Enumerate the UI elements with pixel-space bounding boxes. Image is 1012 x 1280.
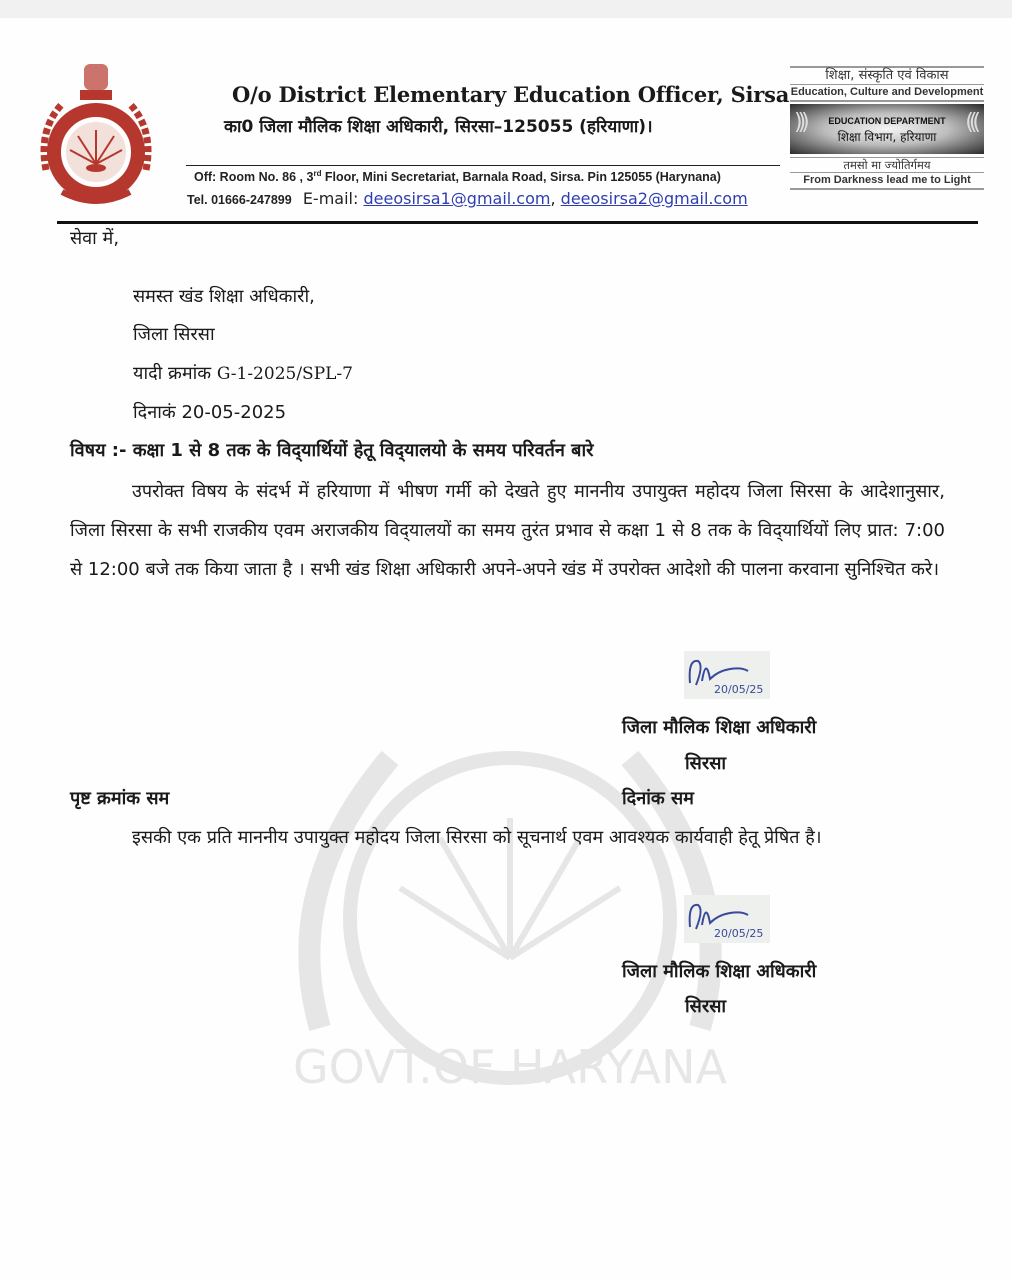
address-prefix: Off: Room No. 86 , 3 (194, 170, 313, 184)
telephone: Tel. 01666-247899 (187, 193, 292, 207)
svg-text:20/05/25: 20/05/25 (714, 683, 763, 696)
email-separator: , (550, 189, 555, 208)
email-link-1[interactable]: deeosirsa1@gmail.com (363, 189, 550, 208)
top-band (0, 0, 1012, 18)
office-address: Off: Room No. 86 , 3rd Floor, Mini Secre… (194, 169, 721, 184)
endorsement-date: दिनांक सम (622, 786, 694, 810)
office-title-en: O/o District Elementary Education Office… (232, 82, 789, 107)
logo-dept-hi: शिक्षा विभाग, हरियाणा (790, 128, 984, 145)
education-department-logo: शिक्षा, संस्कृति एवं विकास Education, Cu… (790, 66, 984, 190)
wing-right-icon: ((( (965, 110, 976, 135)
svg-text:20/05/25: 20/05/25 (714, 927, 763, 940)
logo-box: ))) EDUCATION DEPARTMENT शिक्षा विभाग, ह… (790, 104, 984, 154)
signatory-place-2: सिरसा (685, 994, 726, 1018)
logo-motto-en: Education, Culture and Development (790, 85, 984, 102)
svg-text:GOVT.OF HARYANA: GOVT.OF HARYANA (293, 1040, 728, 1094)
memo-number: यादी क्रमांक G-1-2025/SPL-7 (133, 361, 353, 385)
recipient-line-1: समस्त खंड शिक्षा अधिकारी, (133, 284, 315, 308)
date-label: दिनाकं (133, 402, 176, 423)
letterhead-divider (57, 221, 978, 224)
letter-page: GOVT.OF HARYANA O/o District Elementary … (0, 18, 1012, 1280)
header-divider (186, 165, 780, 166)
endorsement-number: पृष्ट क्रमांक सम (70, 786, 169, 810)
copy-text: इसकी एक प्रति माननीय उपायुक्त महोदय जिला… (132, 827, 822, 848)
logo-tagline-hi: तमसो मा ज्योतिर्गमय (790, 157, 984, 173)
letter-date: दिनाकं 20-05-2025 (133, 400, 286, 424)
signatory-title-2: जिला मौलिक शिक्षा अधिकारी (622, 959, 816, 983)
body-paragraph: उपरोक्त विषय के संदर्भ में हरियाणा में भ… (70, 472, 945, 589)
copy-paragraph: इसकी एक प्रति माननीय उपायुक्त महोदय जिला… (70, 818, 945, 857)
recipient-line-2: जिला सिरसा (133, 322, 215, 346)
date-value: 20-05-2025 (181, 402, 286, 423)
address-rest: Floor, Mini Secretariat, Barnala Road, S… (321, 170, 720, 184)
logo-motto-hi: शिक्षा, संस्कृति एवं विकास (790, 66, 984, 85)
signatory-place-1: सिरसा (685, 751, 726, 775)
signature-2: 20/05/25 (684, 895, 770, 943)
email-link-2[interactable]: deeosirsa2@gmail.com (561, 189, 748, 208)
contact-line: Tel. 01666-247899 E-mail: deeosirsa1@gma… (187, 189, 748, 208)
body-text: उपरोक्त विषय के संदर्भ में हरियाणा में भ… (70, 481, 945, 580)
subject-line: विषय :- कक्षा 1 से 8 तक के विद्‍यार्थियो… (70, 438, 593, 462)
logo-tagline-en: From Darkness lead me to Light (790, 173, 984, 190)
logo-dept-en: EDUCATION DEPARTMENT (790, 116, 984, 126)
signature-1: 20/05/25 (684, 651, 770, 699)
email-label: E-mail: (303, 189, 359, 208)
office-title-hi: का0 जिला मौलिक शिक्षा अधिकारी, सिरसा–125… (224, 114, 653, 137)
signatory-title-1: जिला मौलिक शिक्षा अधिकारी (622, 715, 816, 739)
govt-of-haryana-emblem-icon (32, 60, 160, 210)
memo-value: G-1-2025/SPL-7 (217, 364, 353, 384)
memo-label: यादी क्रमांक (133, 363, 211, 384)
salutation: सेवा में, (70, 226, 119, 250)
